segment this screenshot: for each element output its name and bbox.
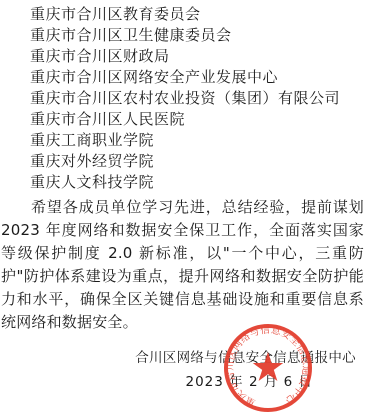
seal-arc-text: 重庆市合川区网络与信息安全信息通报中心 <box>224 324 312 409</box>
document-body: 重庆市合川区教育委员会重庆市合川区卫生健康委员会重庆市合川区财政局重庆市合川区网… <box>0 4 366 334</box>
recipient-line: 重庆人文科技学院 <box>30 172 366 193</box>
recipient-line: 重庆市合川区农村农业投资（集团）有限公司 <box>30 88 366 109</box>
document-page: 重庆市合川区教育委员会重庆市合川区卫生健康委员会重庆市合川区财政局重庆市合川区网… <box>0 0 366 416</box>
recipient-line: 重庆市合川区教育委员会 <box>30 4 366 25</box>
signature-organization: 合川区网络与信息安全信息通报中心 <box>135 350 356 366</box>
recipient-line: 重庆市合川区财政局 <box>30 46 366 67</box>
seal-ring <box>226 326 310 410</box>
recipient-line: 重庆市合川区卫生健康委员会 <box>30 25 366 46</box>
recipient-line: 重庆工商职业学院 <box>30 130 366 151</box>
signature-date: 2023 年 2 月 6 日 <box>186 374 314 390</box>
recipient-line: 重庆对外经贸学院 <box>30 151 366 172</box>
recipient-line: 重庆市合川区网络安全产业发展中心 <box>30 67 366 88</box>
official-seal-stamp: 重庆市合川区网络与信息安全信息通报中心 <box>220 320 316 416</box>
recipient-list: 重庆市合川区教育委员会重庆市合川区卫生健康委员会重庆市合川区财政局重庆市合川区网… <box>0 4 366 193</box>
svg-text:重庆市合川区网络与信息安全信息通报中心: 重庆市合川区网络与信息安全信息通报中心 <box>224 324 312 409</box>
closing-paragraph: 希望各成员单位学习先进，总结经验，提前谋划 2023 年度网络和数据安全保卫工作… <box>0 196 366 334</box>
recipient-line: 重庆市合川区人民医院 <box>30 109 366 130</box>
